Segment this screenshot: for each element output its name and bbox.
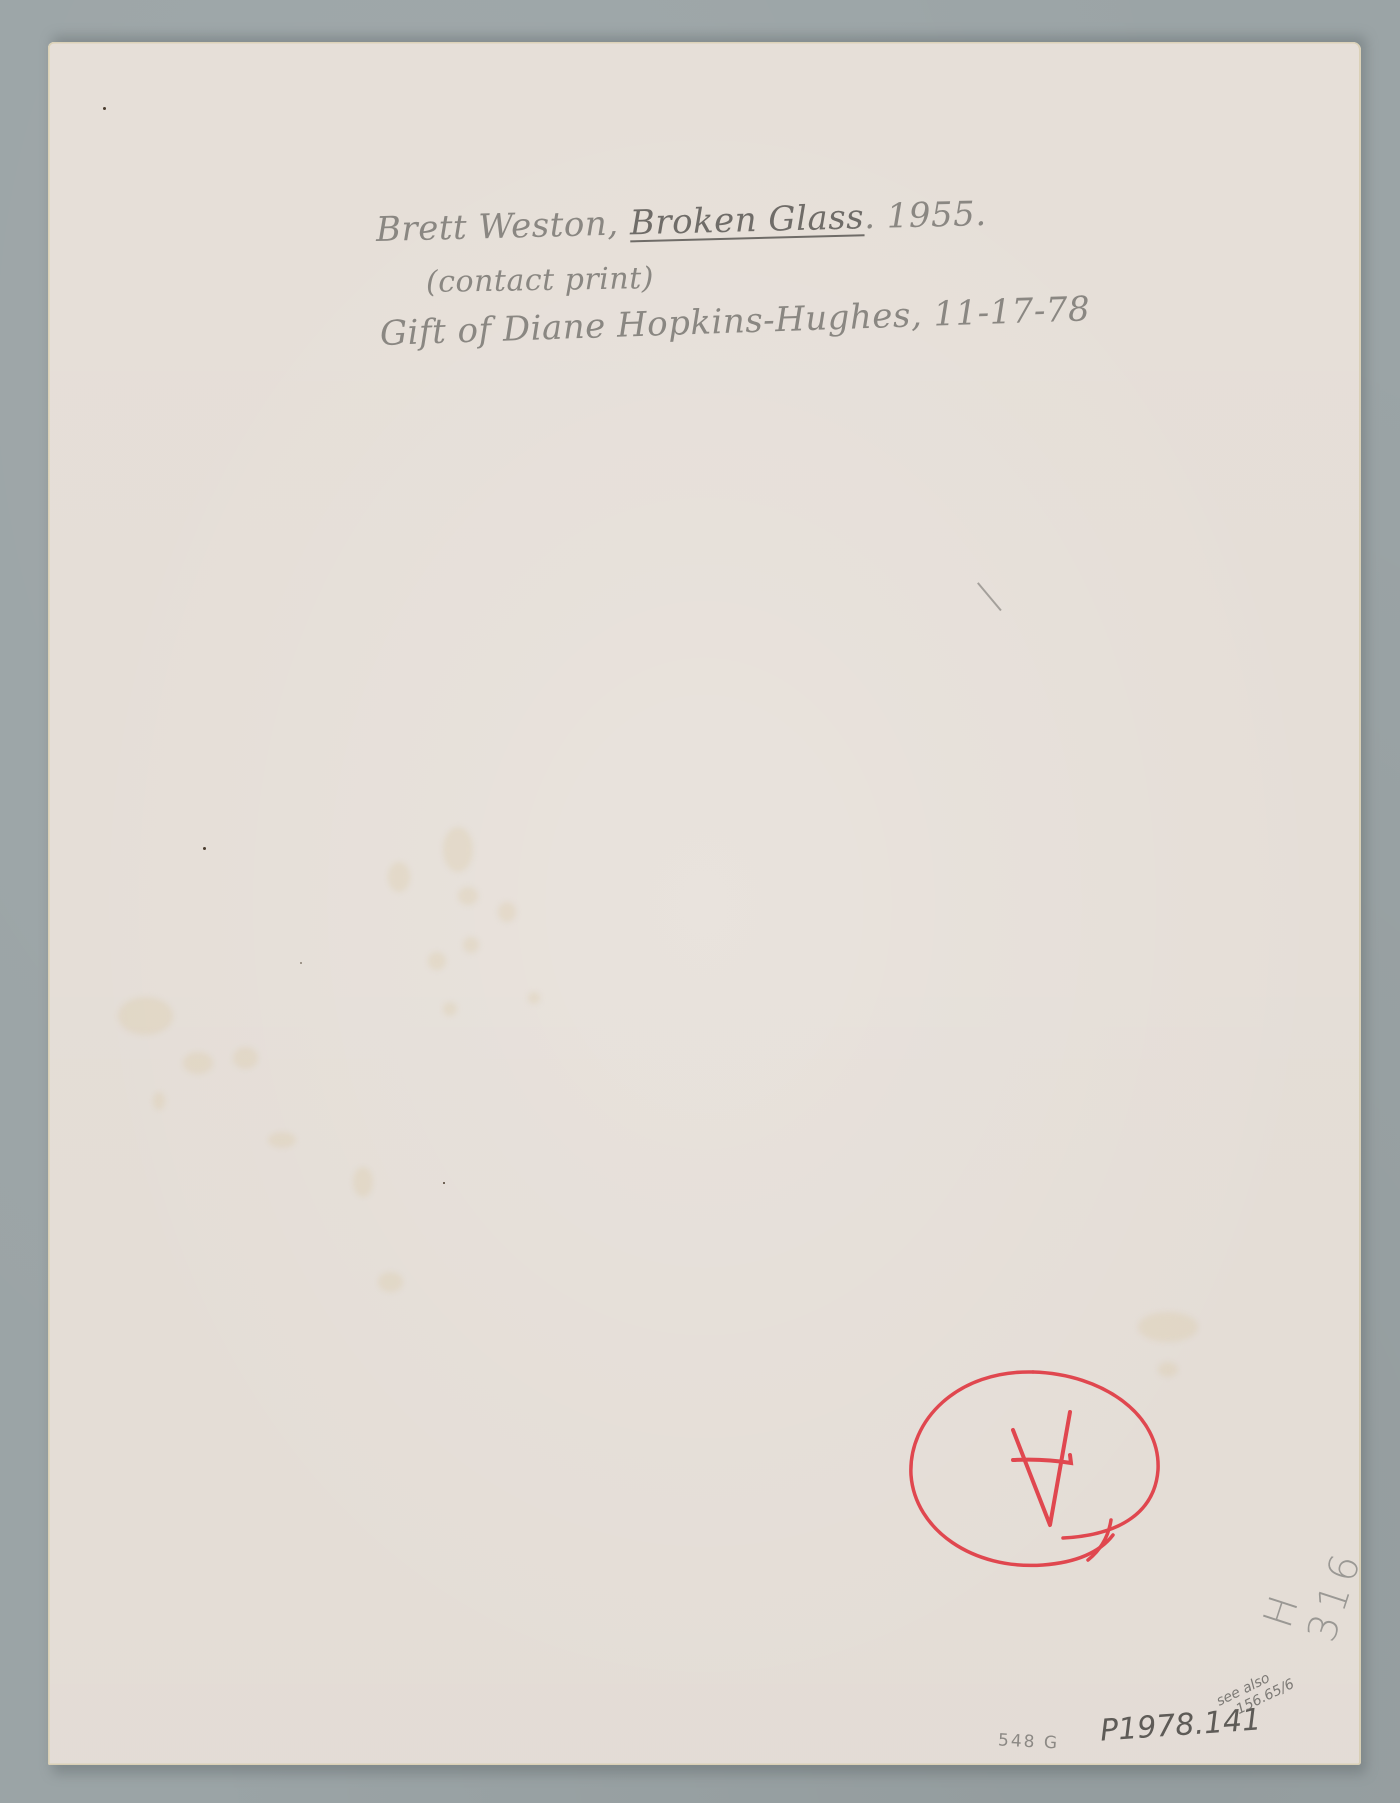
foxing-stain [458, 887, 478, 905]
foxing-stain [528, 992, 540, 1004]
speck [203, 847, 206, 850]
foxing-stain [233, 1047, 258, 1069]
foxing-stain [498, 902, 516, 922]
speck [443, 1182, 445, 1184]
speck [300, 962, 302, 964]
catalog-number: 548 G [998, 1730, 1060, 1753]
foxing-stain [443, 827, 473, 872]
foxing-stain [268, 1132, 296, 1148]
inscription-line-print-type: (contact print) [426, 261, 655, 300]
foxing-stain [443, 1002, 457, 1016]
speck [103, 107, 106, 110]
foxing-stain [183, 1052, 213, 1074]
foxing-stain [153, 1092, 165, 1110]
foxing-stain [353, 1167, 373, 1197]
red-circled-a-icon [903, 1360, 1168, 1575]
foxing-stain [118, 997, 173, 1035]
foxing-stain [428, 952, 446, 970]
print-verso-paper: Brett Weston, Broken Glass. 1955. (conta… [48, 42, 1361, 1765]
artwork-year: . 1955. [864, 194, 987, 237]
foxing-stain [378, 1272, 403, 1292]
foxing-stain [463, 937, 479, 953]
artwork-title: Broken Glass [629, 197, 864, 243]
foxing-stain [1138, 1312, 1198, 1342]
artist-name: Brett Weston, [375, 204, 619, 250]
foxing-stain [388, 862, 410, 892]
